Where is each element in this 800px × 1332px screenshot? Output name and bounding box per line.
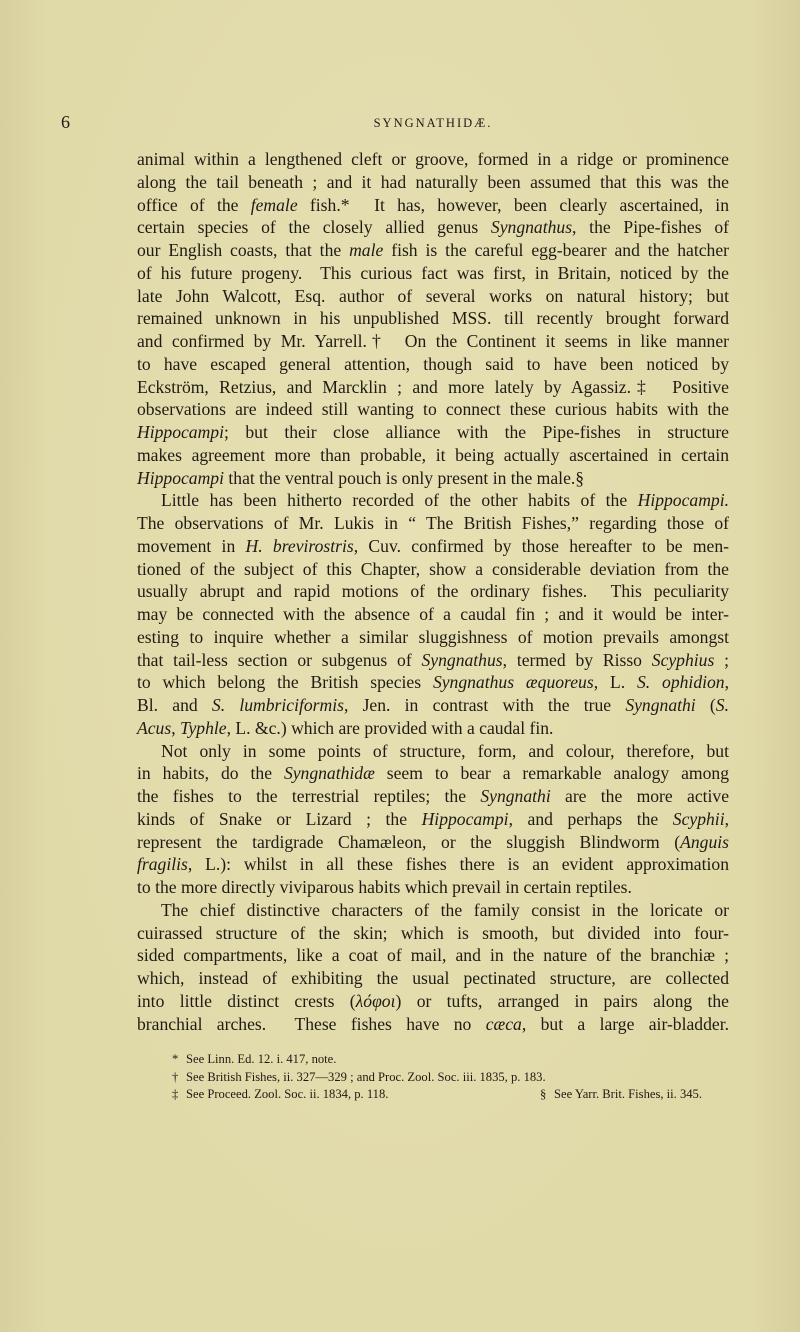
text-run: and confirmed by Mr. Yarrell.† On the Co… xyxy=(137,331,729,351)
text-run: the fishes to the terrestrial reptiles; … xyxy=(137,786,480,806)
italic-term: female xyxy=(251,195,298,215)
text-line: fragilis, L.): whilst in all these fishe… xyxy=(137,853,729,876)
italic-term: Typhle xyxy=(180,718,227,738)
text-run: fish is the careful egg-bearer and the h… xyxy=(383,240,729,260)
italic-term: Anguis xyxy=(680,832,729,852)
text-run: ( xyxy=(696,695,716,715)
text-run: certain species of the closely allied ge… xyxy=(137,217,491,237)
italic-term: S. xyxy=(716,695,729,715)
text-run: late John Walcott, Esq. author of severa… xyxy=(137,286,729,306)
text-line: the fishes to the terrestrial reptiles; … xyxy=(137,785,729,808)
text-run: are the more active xyxy=(551,786,729,806)
footnote-text: See British Fishes, ii. 327—329 ; and Pr… xyxy=(186,1070,546,1084)
text-line: to which belong the British species Syng… xyxy=(137,671,729,694)
text-run: represent the tardigrade Chamæleon, or t… xyxy=(137,832,680,852)
text-line: branchial arches. These fishes have no c… xyxy=(137,1013,729,1036)
text-run: office of the xyxy=(137,195,251,215)
italic-term: λόφοι xyxy=(356,991,396,1011)
italic-term: Syngnathi xyxy=(480,786,550,806)
book-page: 6 SYNGNATHIDÆ. animal within a lengthene… xyxy=(0,0,800,1332)
text-line: sided compartments, like a coat of mail,… xyxy=(137,944,729,967)
text-run: Little has been hitherto recorded of the… xyxy=(161,490,638,510)
text-line: may be connected with the absence of a c… xyxy=(137,603,729,626)
text-run: to the more directly viviparous habits w… xyxy=(137,877,632,897)
text-line: Not only in some points of structure, fo… xyxy=(137,740,729,763)
text-run: , L. xyxy=(594,672,637,692)
text-run: , Jen. in contrast with the true xyxy=(344,695,625,715)
text-line: usually abrupt and rapid motions of the … xyxy=(137,580,729,603)
page-number: 6 xyxy=(61,112,70,133)
text-run: cuirassed structure of the skin; which i… xyxy=(137,923,729,943)
italic-term: Hippocampi. xyxy=(638,490,729,510)
footnote: *See Linn. Ed. 12. i. 417, note. xyxy=(172,1051,732,1069)
footnote: †See British Fishes, ii. 327—329 ; and P… xyxy=(172,1069,732,1087)
text-line: makes agreement more than probable, it b… xyxy=(137,444,729,467)
text-run: ) or tufts, arranged in pairs along the xyxy=(396,991,730,1011)
italic-term: cæca xyxy=(486,1014,522,1034)
text-run: The chief distinctive characters of the … xyxy=(161,900,729,920)
text-run: remained unknown in his unpublished MSS.… xyxy=(137,308,729,328)
italic-term: S. ophidion xyxy=(637,672,725,692)
italic-term: Syngnathidæ xyxy=(284,763,375,783)
text-line: Hippocampi; but their close alliance wit… xyxy=(137,421,729,444)
text-run: our English coasts, that the xyxy=(137,240,349,260)
italic-term: male xyxy=(349,240,383,260)
text-line: into little distinct crests (λόφοι) or t… xyxy=(137,990,729,1013)
italic-term: Syngnathus xyxy=(491,217,572,237)
text-line: esting to inquire whether a similar slug… xyxy=(137,626,729,649)
text-line: The observations of Mr. Lukis in “ The B… xyxy=(137,512,729,535)
text-line: to have escaped general attention, thoug… xyxy=(137,353,729,376)
text-line: which, instead of exhibiting the usual p… xyxy=(137,967,729,990)
text-line: to the more directly viviparous habits w… xyxy=(137,876,729,899)
text-run: Not only in some points of structure, fo… xyxy=(161,741,729,761)
text-run: tioned of the subject of this Chapter, s… xyxy=(137,559,729,579)
footnote-mark: § xyxy=(540,1086,554,1104)
text-run: Bl. and xyxy=(137,695,212,715)
text-line: of his future progeny. This curious fact… xyxy=(137,262,729,285)
text-run: usually abrupt and rapid motions of the … xyxy=(137,581,729,601)
text-run: Eckström, Retzius, and Marcklin ; and mo… xyxy=(137,377,729,397)
text-line: our English coasts, that the male fish i… xyxy=(137,239,729,262)
text-line: in habits, do the Syngnathidæ seem to be… xyxy=(137,762,729,785)
text-run: movement in xyxy=(137,536,246,556)
text-line: Bl. and S. lumbriciformis, Jen. in contr… xyxy=(137,694,729,717)
page-header: 6 SYNGNATHIDÆ. xyxy=(137,112,729,134)
footnote-mark: * xyxy=(172,1051,186,1069)
footnote-mark: † xyxy=(172,1069,186,1087)
text-run: into little distinct crests ( xyxy=(137,991,356,1011)
text-run: may be connected with the absence of a c… xyxy=(137,604,729,624)
text-run: fish.* It has, however, been clearly asc… xyxy=(298,195,729,215)
footnote-text: See Proceed. Zool. Soc. ii. 1834, p. 118… xyxy=(186,1087,388,1101)
footnote: ‡See Proceed. Zool. Soc. ii. 1834, p. 11… xyxy=(172,1086,732,1104)
text-line: Little has been hitherto recorded of the… xyxy=(137,489,729,512)
text-run: seem to bear a remarkable analogy among xyxy=(375,763,729,783)
italic-term: H. brevirostris xyxy=(246,536,354,556)
text-run: , and perhaps the xyxy=(509,809,673,829)
text-run: , termed by Risso xyxy=(503,650,652,670)
text-run: , L. &c.) which are provided with a caud… xyxy=(227,718,554,738)
footnote-text: See Yarr. Brit. Fishes, ii. 345. xyxy=(554,1087,702,1101)
text-line: Acus, Typhle, L. &c.) which are provided… xyxy=(137,717,729,740)
italic-term: Syngnathus xyxy=(422,650,503,670)
text-run: to have escaped general attention, thoug… xyxy=(137,354,729,374)
text-run: , Cuv. confirmed by those hereafter to b… xyxy=(354,536,729,556)
text-run: along the tail beneath ; and it had natu… xyxy=(137,172,729,192)
text-line: observations are indeed still wanting to… xyxy=(137,398,729,421)
body-text: animal within a lengthened cleft or groo… xyxy=(137,148,729,1035)
text-run: of his future progeny. This curious fact… xyxy=(137,263,729,283)
text-run: which, instead of exhibiting the usual p… xyxy=(137,968,729,988)
text-line: movement in H. brevirostris, Cuv. confir… xyxy=(137,535,729,558)
text-run: , L.): whilst in all these fishes there … xyxy=(188,854,729,874)
text-line: Hippocampi that the ventral pouch is onl… xyxy=(137,467,729,490)
italic-term: fragilis xyxy=(137,854,188,874)
text-run: ; but their close alliance with the Pipe… xyxy=(224,422,729,442)
italic-term: Hippocampi xyxy=(137,422,224,442)
text-run: makes agreement more than probable, it b… xyxy=(137,445,729,465)
text-line: kinds of Snake or Lizard ; the Hippocamp… xyxy=(137,808,729,831)
text-line: tioned of the subject of this Chapter, s… xyxy=(137,558,729,581)
text-line: cuirassed structure of the skin; which i… xyxy=(137,922,729,945)
text-line: remained unknown in his unpublished MSS.… xyxy=(137,307,729,330)
text-run: , but a large air-bladder. xyxy=(522,1014,729,1034)
text-line: late John Walcott, Esq. author of severa… xyxy=(137,285,729,308)
italic-term: Syngnathus æquoreus xyxy=(433,672,594,692)
footnote: §See Yarr. Brit. Fishes, ii. 345. xyxy=(540,1086,702,1104)
footnote-text: See Linn. Ed. 12. i. 417, note. xyxy=(186,1052,336,1066)
text-line: and confirmed by Mr. Yarrell.† On the Co… xyxy=(137,330,729,353)
text-run: observations are indeed still wanting to… xyxy=(137,399,729,419)
italic-term: Acus xyxy=(137,718,171,738)
italic-term: Hippocampi xyxy=(137,468,224,488)
footnote-mark: ‡ xyxy=(172,1086,186,1104)
text-run: , xyxy=(725,809,729,829)
italic-term: Hippocampi xyxy=(422,809,509,829)
footnotes: *See Linn. Ed. 12. i. 417, note.†See Bri… xyxy=(172,1051,732,1104)
text-run: to which belong the British species xyxy=(137,672,433,692)
text-line: certain species of the closely allied ge… xyxy=(137,216,729,239)
text-run: The observations of Mr. Lukis in “ The B… xyxy=(137,513,729,533)
text-line: office of the female fish.* It has, howe… xyxy=(137,194,729,217)
text-run: in habits, do the xyxy=(137,763,284,783)
text-line: Eckström, Retzius, and Marcklin ; and mo… xyxy=(137,376,729,399)
text-run: that the ventral pouch is only present i… xyxy=(224,468,584,488)
text-run: that tail-less section or subgenus of xyxy=(137,650,422,670)
text-run: , the Pipe-fishes of xyxy=(572,217,729,237)
text-run: sided compartments, like a coat of mail,… xyxy=(137,945,729,965)
text-line: represent the tardigrade Chamæleon, or t… xyxy=(137,831,729,854)
text-line: that tail-less section or subgenus of Sy… xyxy=(137,649,729,672)
text-run: animal within a lengthened cleft or groo… xyxy=(137,149,729,169)
text-line: animal within a lengthened cleft or groo… xyxy=(137,148,729,171)
text-run: , xyxy=(171,718,180,738)
text-line: The chief distinctive characters of the … xyxy=(137,899,729,922)
italic-term: Scyphius xyxy=(652,650,715,670)
text-run: kinds of Snake or Lizard ; the xyxy=(137,809,422,829)
text-run: , xyxy=(725,672,729,692)
running-title: SYNGNATHIDÆ. xyxy=(137,116,729,131)
text-run: esting to inquire whether a similar slug… xyxy=(137,627,729,647)
italic-term: Syngnathi xyxy=(625,695,695,715)
text-run: branchial arches. These fishes have no xyxy=(137,1014,486,1034)
italic-term: Scyphii xyxy=(673,809,725,829)
italic-term: S. lumbriciformis xyxy=(212,695,344,715)
text-run: ; xyxy=(714,650,729,670)
text-line: along the tail beneath ; and it had natu… xyxy=(137,171,729,194)
